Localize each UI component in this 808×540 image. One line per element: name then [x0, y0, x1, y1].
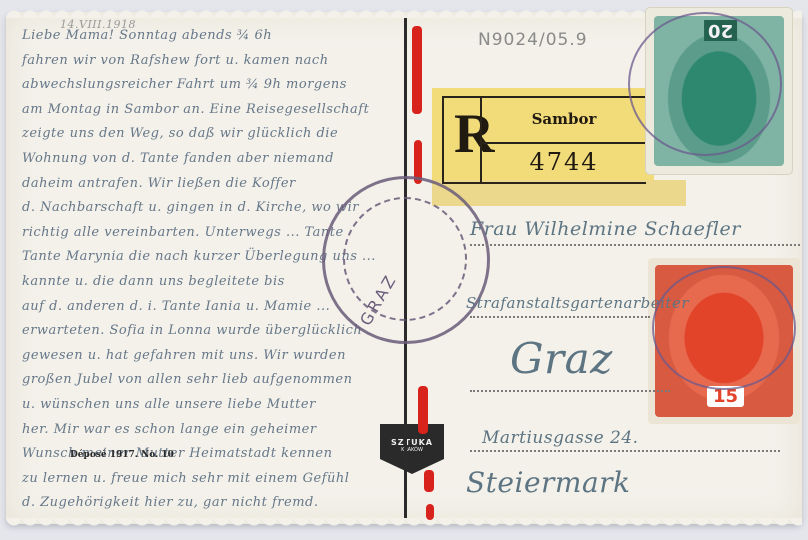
address-street: Martiusgasse 24.	[482, 428, 639, 448]
address-recipient: Frau Wilhelmine Schaefler	[470, 218, 741, 240]
address-line2: Strafanstaltsgartenarbeiter	[466, 294, 689, 312]
message-line: gewesen u. hat gefahren mit uns. Wir wur…	[22, 348, 346, 363]
red-crayon-mark	[424, 470, 434, 492]
publisher-logo-subtext: KRAKÓW	[380, 447, 444, 453]
red-crayon-mark	[418, 386, 428, 434]
message-line: erwarteten. Sofia in Lonna wurde überglü…	[22, 323, 362, 338]
message-line: d. Nachbarschaft u. gingen in d. Kirche,…	[22, 200, 359, 215]
registration-label: R Sambor 4744	[432, 88, 654, 180]
message-line: richtig alle vereinbarten. Unterwegs ...…	[22, 225, 344, 240]
message-line: abwechslungsreicher Fahrt um ¾ 9h morgen…	[22, 77, 347, 92]
address-line	[470, 390, 670, 392]
message-line: zu lernen u. freue mich sehr mit einem G…	[22, 471, 349, 486]
message-line: Wohnung von d. Tante fanden aber niemand	[22, 151, 334, 166]
message-line: großen Jubel von allen sehr lieb aufgeno…	[22, 372, 353, 387]
message-line: am Montag in Sambor an. Eine Reisegesell…	[22, 102, 369, 117]
message-line: zeigte uns den Weg, so daß wir glücklich…	[22, 126, 338, 141]
postcard-deckled-edge-bottom	[6, 518, 802, 528]
address-city: Graz	[510, 334, 613, 383]
message-line: Wunsch meiner Mutter Heimatstadt kennen	[22, 446, 333, 461]
archive-pencil-number: N9024/05.9	[478, 30, 588, 50]
publisher-logo-text: SZTUKA	[380, 438, 444, 447]
address-line	[470, 244, 800, 246]
publisher-imprint: Déposé 1917. No. 10	[70, 450, 174, 460]
message-line: d. Zugehörigkeit hier zu, gar nicht frem…	[22, 495, 319, 510]
message-line: u. wünschen uns alle unsere liebe Mutter	[22, 397, 316, 412]
message-line: daheim antrafen. Wir ließen die Koffer	[22, 176, 296, 191]
address-region: Steiermark	[466, 466, 631, 499]
red-crayon-mark	[412, 26, 422, 114]
registration-number: 4744	[482, 148, 646, 176]
message-line: fahren wir von Rafshew fort u. kamen nac…	[22, 53, 329, 68]
message-line: Liebe Mama! Sonntag abends ¾ 6h	[22, 28, 272, 43]
cancellation-postmark	[628, 12, 782, 156]
cancellation-postmark	[652, 266, 796, 390]
red-crayon-mark	[426, 504, 434, 520]
message-line: kannte u. die dann uns begleitete bis	[22, 274, 285, 289]
address-line	[470, 450, 780, 452]
message-line: auf d. anderen d. i. Tante Iania u. Mami…	[22, 299, 330, 314]
registration-office: Sambor	[482, 110, 646, 128]
address-line	[470, 316, 650, 318]
message-line: her. Mir war es schon lange ein geheimer	[22, 422, 317, 437]
graz-postmark	[322, 176, 490, 344]
